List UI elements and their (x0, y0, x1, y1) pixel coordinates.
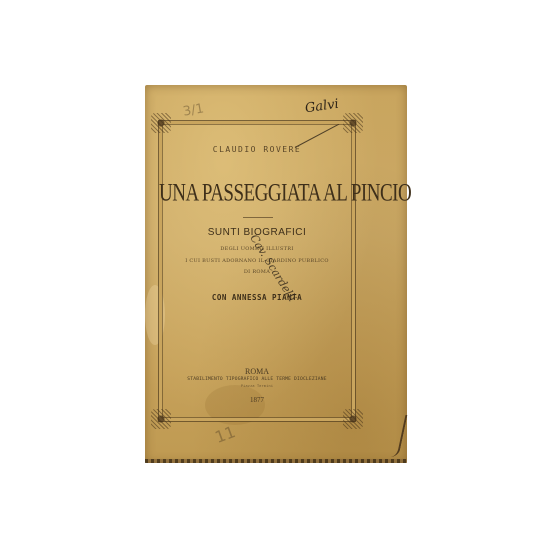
publication-year: 1877 (159, 396, 355, 404)
pencil-mark: 3/1 (182, 101, 205, 119)
description-line: I CUI BUSTI ADORNANO IL GIARDINO PUBBLIC… (159, 258, 355, 264)
divider (243, 217, 273, 218)
handwritten-signature: Galvi (304, 97, 340, 117)
ornament-icon (151, 113, 171, 133)
printer: STABILIMENTO TIPOGRAFICO ALLE TERME DIOC… (159, 377, 355, 382)
description-line: DI ROMA (159, 269, 355, 275)
printer-address: Piazza Termini (159, 384, 355, 388)
book-cover: 3/1 Galvi CLAUDIO ROVERE UNA PASSEGGIATA… (145, 85, 407, 463)
author: CLAUDIO ROVERE (159, 145, 355, 154)
ornament-icon (343, 113, 363, 133)
pencil-mark: 11 (212, 422, 238, 447)
book-title: UNA PASSEGGIATA AL PINCIO (159, 179, 355, 209)
ornament-icon (151, 409, 171, 429)
annex-note: CON ANNESSA PIANTA (159, 293, 355, 302)
ornament-icon (343, 409, 363, 429)
publication-place: ROMA (159, 367, 355, 376)
decorative-frame: CLAUDIO ROVERE UNA PASSEGGIATA AL PINCIO… (158, 120, 356, 422)
torn-edge (385, 415, 408, 457)
